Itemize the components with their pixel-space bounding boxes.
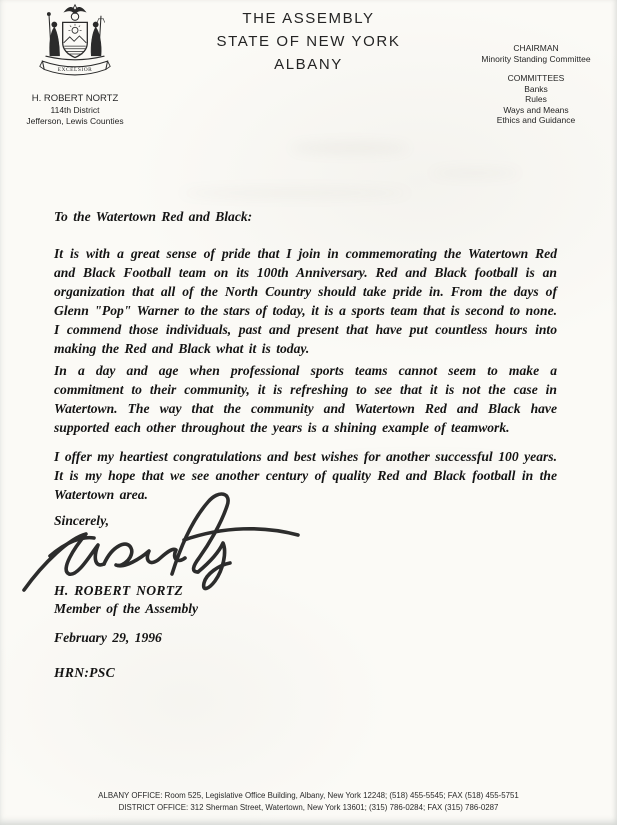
- member-identity-block: EXCELSIOR H. ROBERT NORTZ 114th District…: [6, 3, 144, 127]
- spacer: [461, 65, 611, 73]
- office-footer: ALBANY OFFICE: Room 525, Legislative Off…: [0, 790, 617, 813]
- letter-date: February 29, 1996: [54, 628, 557, 647]
- albany-office-line: ALBANY OFFICE: Room 525, Legislative Off…: [0, 790, 617, 802]
- scan-artifact: [290, 142, 410, 154]
- reference-initials: HRN:PSC: [54, 663, 557, 682]
- committee-item: Banks: [461, 85, 611, 95]
- committee-item: Ethics and Guidance: [461, 116, 611, 126]
- salutation: To the Watertown Red and Black:: [54, 207, 557, 226]
- scanned-letter-page: THE ASSEMBLY STATE OF NEW YORK ALBANY: [0, 0, 617, 825]
- scan-artifact: [180, 188, 410, 198]
- paragraph-2: In a day and age when professional sport…: [54, 361, 557, 437]
- scan-artifact: [430, 168, 520, 178]
- paragraph-1: It is with a great sense of pride that I…: [54, 244, 557, 358]
- chairman-subtitle: Minority Standing Committee: [461, 55, 611, 65]
- member-counties: Jefferson, Lewis Counties: [6, 116, 144, 127]
- district-office-line: DISTRICT OFFICE: 312 Sherman Street, Wat…: [0, 802, 617, 814]
- ny-state-seal: EXCELSIOR: [31, 3, 119, 91]
- member-name: H. ROBERT NORTZ: [6, 93, 144, 105]
- chairman-title: CHAIRMAN: [461, 44, 611, 54]
- committee-item: Rules: [461, 95, 611, 105]
- signature-title: Member of the Assembly: [54, 599, 557, 618]
- member-district: 114th District: [6, 105, 144, 116]
- signature-name: H. ROBERT NORTZ: [54, 581, 557, 600]
- seal-motto: EXCELSIOR: [58, 67, 93, 73]
- committees-title: COMMITTEES: [461, 74, 611, 84]
- committee-item: Ways and Means: [461, 106, 611, 116]
- committees-block: CHAIRMAN Minority Standing Committee COM…: [461, 44, 611, 127]
